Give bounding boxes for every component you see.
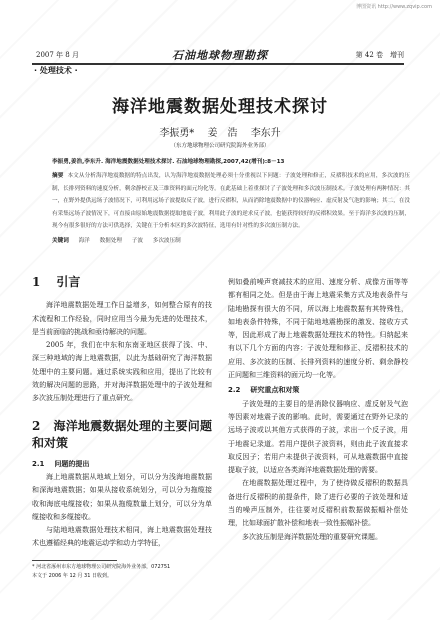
paragraph: 2005 年，我们在中东和东南亚地区获得了浅、中、深三种地域的海上地震数据，以此…	[32, 339, 212, 405]
author: 李东升	[251, 128, 281, 139]
paragraph: 例如叠前噪声衰减技术的应用、速度分析、成像方面等等都有相同之处。但是由于海上地震…	[228, 276, 408, 382]
source-note: 博图资讯 http://www.zqvip.com	[356, 3, 432, 10]
keyword: 子波	[132, 238, 143, 244]
subsection-heading-2-1: 2.1问题的提出	[32, 458, 212, 471]
right-column: 例如叠前噪声衰减技术的应用、速度分析、成像方面等等都有相同之处。但是由于海上地震…	[228, 276, 408, 544]
volume-info: 第 42 卷 增刊	[356, 50, 404, 60]
paragraph: 在地震数据处理过程中，为了使待做反褶积的数据具备进行反褶积的前提条件，除了进行必…	[228, 477, 408, 530]
left-column: 1引言 海洋地震数据处理工作日益增多，如何整合原有的技术流程和工作经验，同时应用…	[32, 276, 212, 551]
keywords: 关键词 海洋 数据处理 子波 多次波压制	[52, 236, 410, 244]
abstract-text: 本文从分析海洋地震数据的特点出发，认为海洋地震数据处理必须十分重视以下问题：子波…	[52, 173, 410, 229]
section-tag: · 处理技术 ·	[34, 65, 78, 76]
affiliation: （东方地球物理公司研究院海外业务部）	[0, 141, 440, 149]
header-rule	[32, 63, 404, 65]
footnote-received: 本文于 2006 年 12 月 31 日收到。	[32, 572, 170, 581]
author: 李振勇*	[159, 128, 194, 139]
abstract-label: 摘要	[52, 173, 63, 179]
paper-title: 海洋地震数据处理技术探讨	[0, 92, 440, 117]
running-header: 2007 年 8 月 石油地球物理勘探 第 42 卷 增刊	[36, 47, 404, 63]
citation: 李振勇,姜浩,李东升. 海洋地震数据处理技术探讨. 石油地球物理勘探,2007,…	[52, 157, 410, 165]
footnote-rule	[32, 560, 117, 561]
paragraph: 海洋地震数据处理工作日益增多，如何整合原有的技术流程和工作经验，同时应用当今最为…	[32, 299, 212, 339]
keyword: 数据处理	[100, 238, 122, 244]
subsection-heading-2-2: 2.2研究重点和对策	[228, 384, 408, 397]
paragraph: 与陆地地震数据处理技术相同，海上地震数据处理技术也遵循经典的地震运动学和动力学特…	[32, 524, 212, 551]
footnote: * 河北省涿州市东方地球物理公司研究院海外业务部，072751 本文于 2006…	[32, 563, 170, 581]
keyword: 海洋	[79, 238, 90, 244]
abstract: 摘要本文从分析海洋地震数据的特点出发，认为海洋地震数据处理必须十分重视以下问题：…	[52, 170, 410, 233]
footnote-address: * 河北省涿州市东方地球物理公司研究院海外业务部，072751	[32, 563, 170, 572]
paragraph: 多次波压制是海洋数据处理的重要研究课题。	[228, 531, 408, 544]
section-heading-2: 2 海洋地震数据处理的主要问题和对策	[32, 418, 212, 452]
journal-name: 石油地球物理勘探	[36, 47, 404, 63]
paragraph: 海上地震数据从地域上划分，可以分为浅海地震数据和深海地震数据；如果从接收系统划分…	[32, 471, 212, 524]
section-heading-1: 1引言	[32, 276, 212, 289]
keywords-label: 关键词	[52, 238, 69, 244]
paragraph: 子波处理的主要目的是消除仪器响应、虚反射及气泡等因素对地震子波的影响。此时，需要…	[228, 398, 408, 478]
keyword: 多次波压制	[153, 238, 181, 244]
author-list: 李振勇* 姜 浩 李东升	[0, 124, 440, 139]
author: 姜 浩	[208, 128, 238, 139]
